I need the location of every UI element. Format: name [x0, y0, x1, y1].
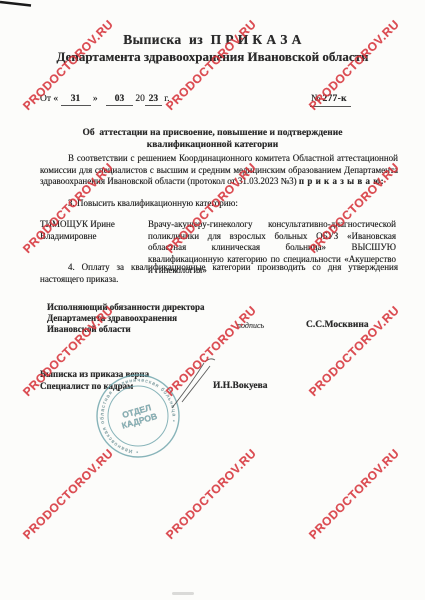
date-year-value: 23	[145, 94, 162, 106]
date-century: 20	[135, 94, 145, 104]
subject-line2: квалификационной категории	[0, 139, 425, 151]
signatory-position-line2: Департамента здравоохранения	[47, 313, 247, 324]
signatory-position: Исполняющий обязанности директора Департ…	[47, 302, 247, 336]
title-line1: Выписка из П Р И К А З А	[123, 32, 301, 47]
date-field: От « 31 » 03 2023 г.	[40, 94, 169, 106]
order-item-3: 3. Повысить квалификационную категорию:	[40, 198, 398, 210]
watermark: PRODOCTOROV.RU	[163, 446, 259, 542]
date-month-value: 03	[106, 94, 133, 106]
scan-artifact-line	[0, 0, 34, 8]
handwritten-signature-strokes	[158, 352, 222, 416]
signatory-name: С.С.Москвина	[306, 320, 369, 330]
signatory-position-line1: Исполняющий обязанности директора	[47, 302, 247, 313]
preamble-paragraph: В соответствии с решением Координационно…	[40, 153, 398, 188]
subject-heading: Об аттестации на присвоение, повышение и…	[0, 127, 425, 151]
signatory-position-line3: Ивановской области	[47, 324, 247, 335]
date-day-value: 31	[61, 94, 91, 106]
scan-smudge	[172, 592, 194, 595]
date-year-suffix: г.	[164, 94, 169, 104]
date-from-label: От	[40, 94, 51, 104]
date-open-quote: «	[53, 94, 58, 104]
watermark: PRODOCTOROV.RU	[306, 303, 402, 399]
watermark: PRODOCTOROV.RU	[20, 446, 116, 542]
watermark: PRODOCTOROV.RU	[306, 446, 402, 542]
order-number-value: 277-к	[322, 94, 346, 104]
number-sign: №	[311, 94, 320, 104]
order-verb: п р и к а з ы в а ю:	[299, 176, 384, 186]
document-title: Выписка из П Р И К А З А Департамента зд…	[0, 31, 425, 65]
date-close-quote: »	[93, 94, 98, 104]
document-page: Выписка из П Р И К А З А Департамента зд…	[0, 0, 425, 600]
signature-placeholder: подпись	[237, 321, 264, 330]
subject-line1: Об аттестации на присвоение, повышение и…	[0, 127, 425, 139]
order-item-4: 4. Оплату за квалификационные категории …	[40, 262, 398, 285]
title-line2: Департамента здравоохранения Ивановской …	[0, 48, 425, 65]
order-number-wrap: № 277-к	[310, 94, 351, 107]
order-number-field: № 277-к	[310, 94, 351, 107]
